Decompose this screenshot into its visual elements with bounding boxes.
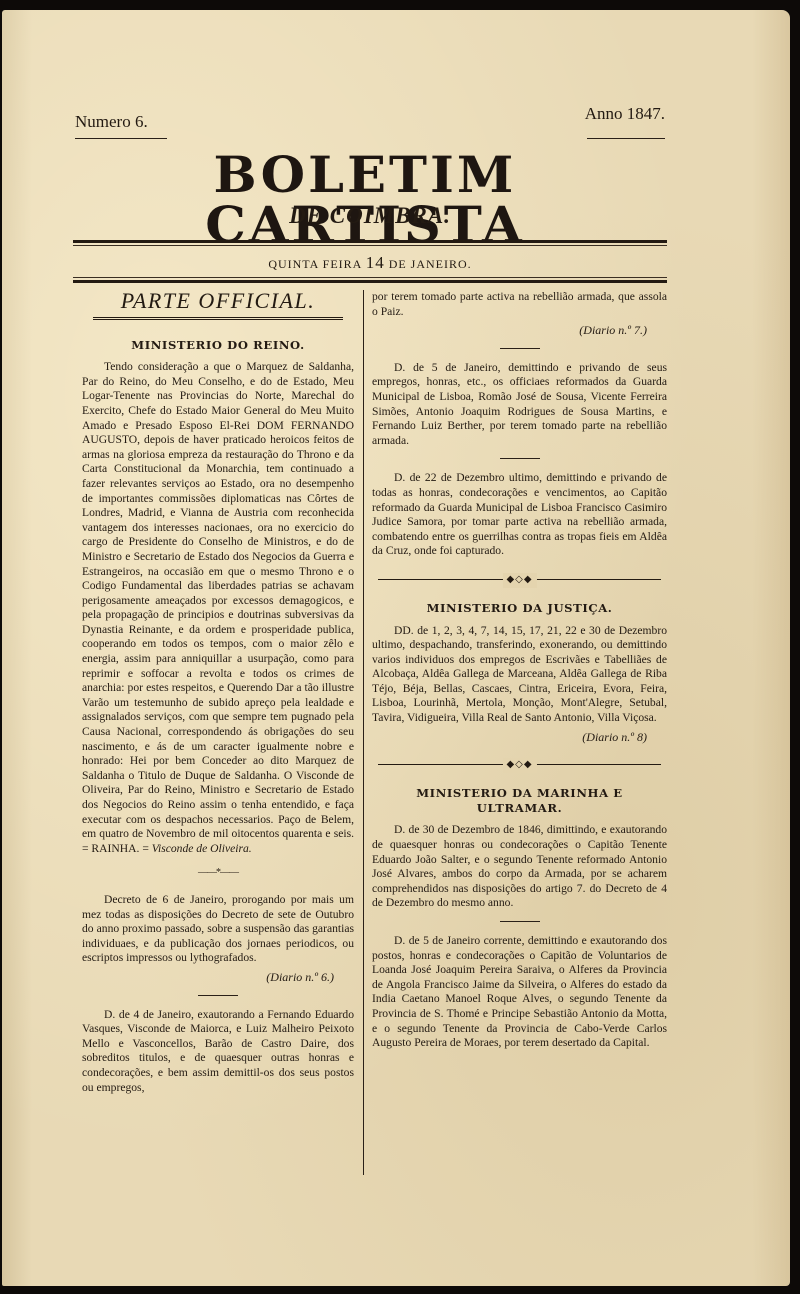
newspaper-subtitle: DE COIMBRA. [250,203,490,229]
newspaper-title: BOLETIM CARTISTA [79,150,650,250]
divider [587,138,665,139]
ornamental-divider: ◆◇◆ [378,575,661,585]
divider [500,458,540,459]
article-paragraph: D. de 5 de Janeiro, demittindo e privand… [372,361,667,449]
divider [73,240,667,243]
ministry-heading: MINISTERIO DO REINO. [82,338,354,353]
divider [73,277,667,278]
divider [500,921,540,922]
divider [198,995,238,996]
divider [500,348,540,349]
date-weekday: QUINTA FEIRA [268,257,361,271]
section-title: PARTE OFFICIAL. [82,294,354,309]
issue-year: Anno 1847. [585,104,665,124]
ornamental-divider: ◆◇◆ [378,760,661,770]
date-day: 14 [366,253,385,272]
source-reference: (Diario n.º 6.) [82,970,334,985]
dateline: QUINTA FEIRA 14 DE JANEIRO. [73,253,667,273]
divider [93,317,343,320]
column-divider [363,290,364,1175]
right-column: por terem tomado parte activa na rebelli… [372,290,667,1051]
article-paragraph: D. de 30 de Dezembro de 1846, dimittindo… [372,823,667,911]
issue-number: Numero 6. [75,112,148,132]
masthead-top: Numero 6. Anno 1847. [75,112,665,136]
decree-text: Tendo consideração a que o Marquez de Sa… [82,360,354,855]
left-column: PARTE OFFICIAL. MINISTERIO DO REINO. Ten… [82,290,354,1095]
article-paragraph: D. de 22 de Dezembro ultimo, demittindo … [372,471,667,559]
ministry-heading: MINISTERIO DA JUSTIÇA. [372,601,667,616]
date-month: DE JANEIRO. [389,257,472,271]
divider [73,245,667,246]
separator: ——*—— [82,866,354,881]
article-paragraph: D. de 5 de Janeiro corrente, demittindo … [372,934,667,1051]
decree-signature: Visconde de Oliveira. [152,842,252,855]
article-paragraph: D. de 4 de Janeiro, exautorando a Fernan… [82,1008,354,1096]
ministry-heading: MINISTERIO DA MARINHA E ULTRAMAR. [372,786,667,815]
ornament-icon: ◆◇◆ [502,573,536,588]
article-paragraph: Tendo consideração a que o Marquez de Sa… [82,360,354,856]
newspaper-content: Numero 6. Anno 1847. BOLETIM CARTISTA DE… [0,0,800,1294]
ornament-icon: ◆◇◆ [502,758,536,773]
article-paragraph: DD. de 1, 2, 3, 4, 7, 14, 15, 17, 21, 22… [372,624,667,726]
source-reference: (Diario n.º 7.) [372,323,647,338]
divider [75,138,167,139]
divider [73,280,667,283]
article-paragraph: Decreto de 6 de Janeiro, prorogando por … [82,893,354,966]
source-reference: (Diario n.º 8) [372,730,647,745]
article-paragraph: por terem tomado parte activa na rebelli… [372,290,667,319]
